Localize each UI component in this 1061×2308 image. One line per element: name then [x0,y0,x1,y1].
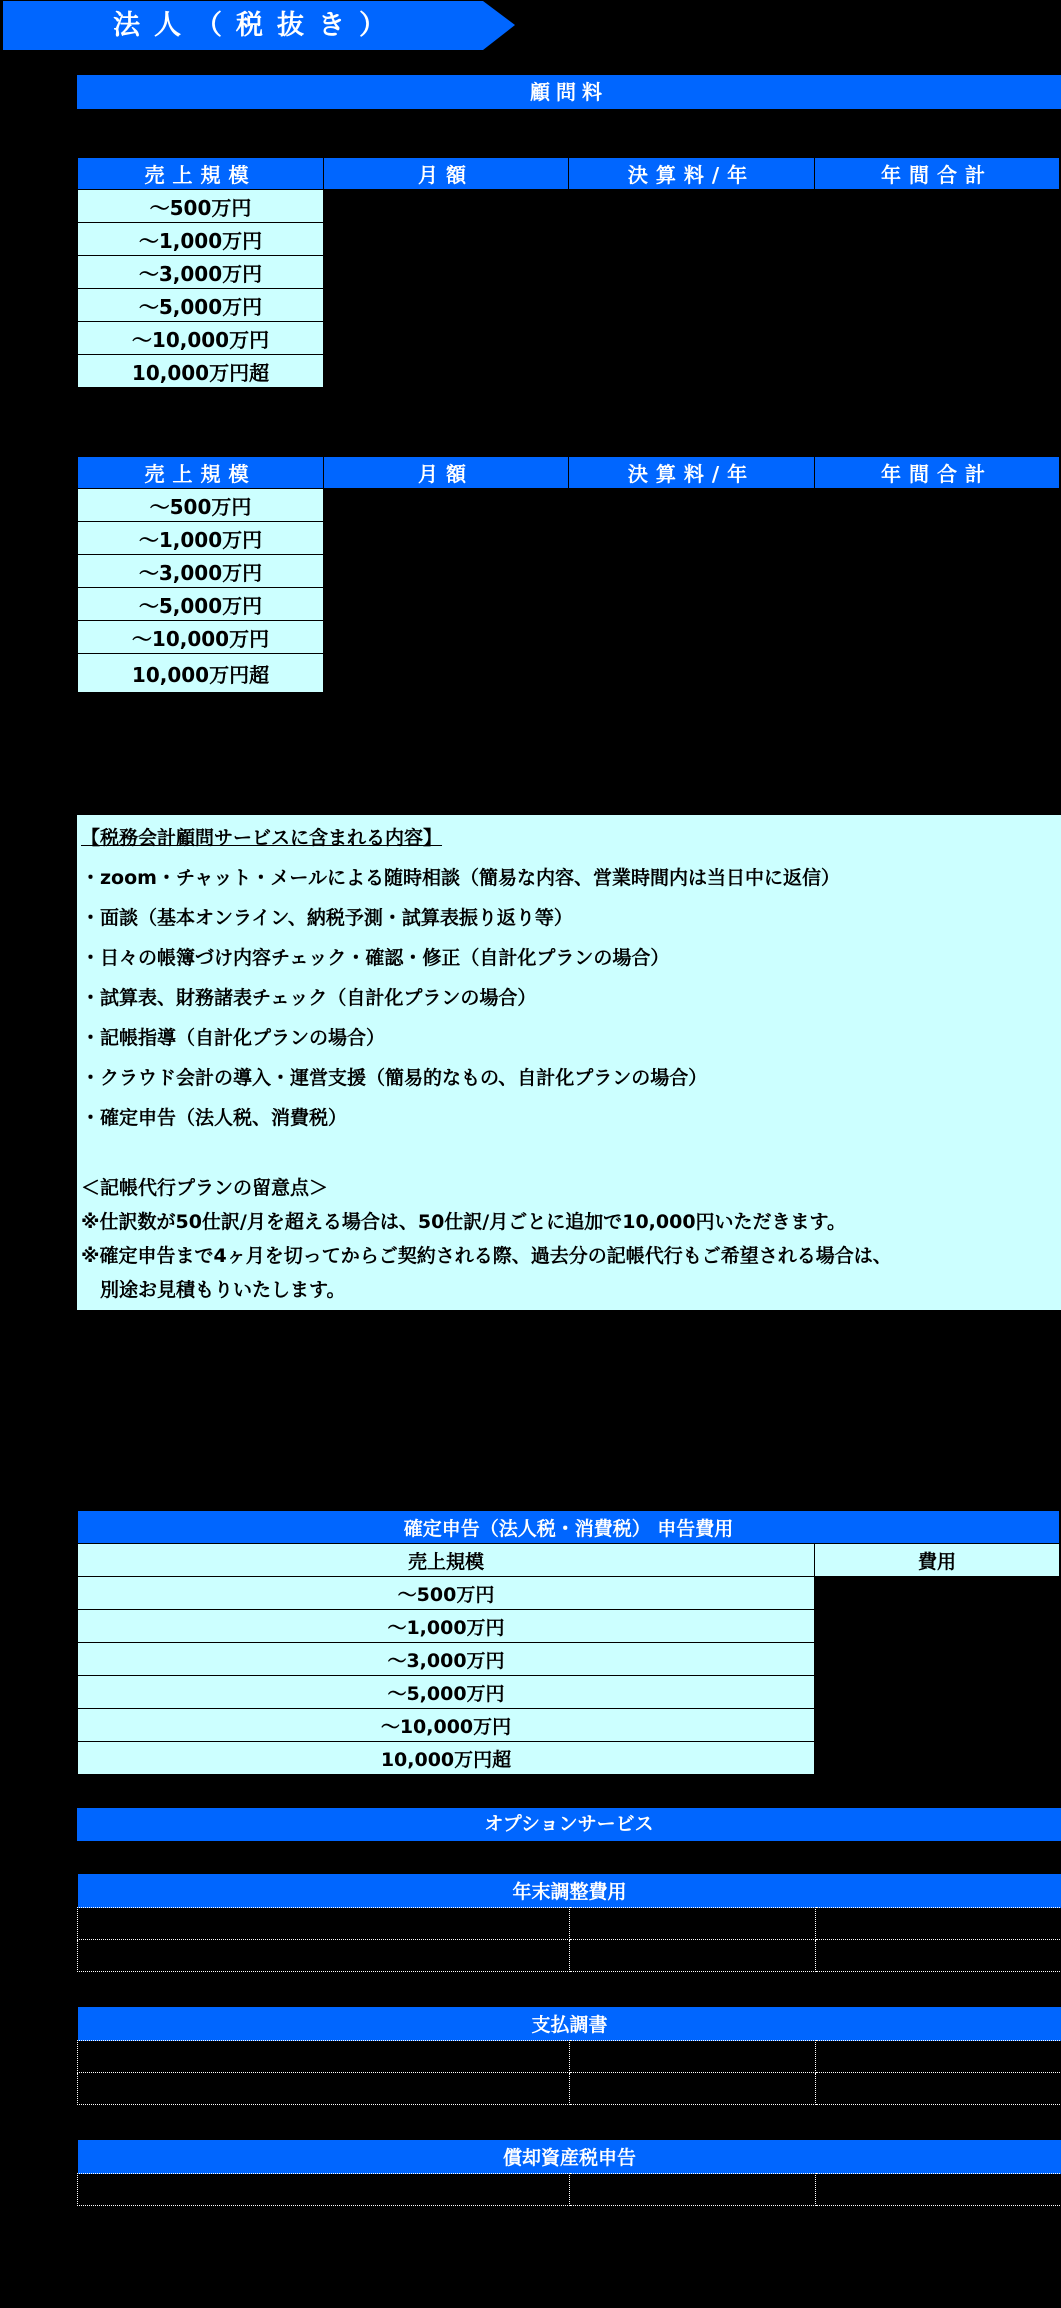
option-cell [816,2041,1061,2073]
table-row: ～500万円 [78,190,1060,223]
col-header-monthly: 月額 [324,457,569,489]
table-row: 10,000万円超 [78,355,1060,388]
table-row: ～1,000万円 [78,1610,1060,1643]
monthly-cell [324,555,569,588]
annual-cell [815,223,1060,256]
option-cell [78,1908,570,1940]
scale-cell: 10,000万円超 [78,355,324,388]
option-cell [78,2073,570,2105]
option-cell [816,1940,1061,1972]
option-table-title: 償却資産税申告 [78,2140,1061,2174]
option-cell [816,1908,1061,1940]
col-header-annual: 年間合計 [815,457,1060,489]
table-row [78,2041,1061,2073]
page-banner: 法人（税抜き） [3,1,515,50]
annual-cell [815,588,1060,621]
annual-cell [815,190,1060,223]
option-table-payment-statement: 支払調書 [77,2007,1061,2105]
table-header-row: 売上規模 費用 [78,1544,1060,1577]
col-header-fee: 費用 [815,1544,1060,1577]
settlement-cell [569,223,815,256]
table-row: 10,000万円超 [78,654,1060,693]
table-row [78,1940,1061,1972]
col-header-scale: 売上規模 [78,457,324,489]
table-header-row: 売上規模 月額 決算料/年 年間合計 [78,158,1060,190]
table-row: ～10,000万円 [78,621,1060,654]
annual-cell [815,256,1060,289]
col-header-scale: 売上規模 [78,1544,815,1577]
option-cell [570,1908,816,1940]
col-header-monthly: 月額 [324,158,569,190]
settlement-cell [569,621,815,654]
service-item: ・クラウド会計の導入・運営支援（簡易的なもの、自計化プランの場合） [81,1063,707,1090]
col-header-scale: 売上規模 [78,158,324,190]
scale-cell: ～5,000万円 [78,289,324,322]
service-item: ・試算表、財務諸表チェック（自計化プランの場合） [81,983,536,1010]
fee-cell [815,1577,1060,1610]
table-header-row: 売上規模 月額 決算料/年 年間合計 [78,457,1060,489]
col-header-settlement: 決算料/年 [569,158,815,190]
option-cell [570,2174,816,2206]
table-row: ～3,000万円 [78,1643,1060,1676]
scale-cell: 10,000万円超 [78,654,324,693]
monthly-cell [324,355,569,388]
table-row: ～1,000万円 [78,223,1060,256]
scale-cell: ～3,000万円 [78,256,324,289]
table-row [78,2174,1061,2206]
option-cell [78,1940,570,1972]
table-row: ～1,000万円 [78,522,1060,555]
settlement-cell [569,355,815,388]
settlement-cell [569,190,815,223]
options-section-title: オプションサービス [77,1808,1061,1841]
annual-cell [815,621,1060,654]
service-item: ・日々の帳簿づけ内容チェック・確認・修正（自計化プランの場合） [81,943,669,970]
advisory-fee-table-2: 売上規模 月額 決算料/年 年間合計 ～500万円 ～1,000万円 ～3,00… [77,456,1060,693]
scale-cell: ～10,000万円 [78,1709,815,1742]
settlement-cell [569,522,815,555]
scale-cell: ～10,000万円 [78,322,324,355]
annual-cell [815,555,1060,588]
option-cell [570,1940,816,1972]
monthly-cell [324,223,569,256]
option-cell [816,2174,1061,2206]
table-row: 10,000万円超 [78,1742,1060,1775]
annual-cell [815,489,1060,522]
monthly-cell [324,621,569,654]
scale-cell: ～3,000万円 [78,555,324,588]
scale-cell: ～1,000万円 [78,1610,815,1643]
annual-cell [815,355,1060,388]
scale-cell: ～5,000万円 [78,588,324,621]
monthly-cell [324,289,569,322]
scale-cell: ～3,000万円 [78,1643,815,1676]
service-item: ・確定申告（法人税、消費税） [81,1103,347,1130]
settlement-cell [569,289,815,322]
table-row: ～500万円 [78,489,1060,522]
settlement-cell [569,588,815,621]
table-row: ～5,000万円 [78,1676,1060,1709]
scale-cell: ～10,000万円 [78,621,324,654]
settlement-cell [569,654,815,693]
table-row: ～10,000万円 [78,1709,1060,1742]
option-cell [78,2041,570,2073]
annual-cell [815,522,1060,555]
banner-title: 法人（税抜き） [113,1,400,50]
monthly-cell [324,256,569,289]
option-cell [570,2041,816,2073]
service-item: ・zoom・チャット・メールによる随時相談（簡易な内容、営業時間内は当日中に返信… [81,863,840,890]
advisory-section-title: 顧問料 [77,75,1061,109]
monthly-cell [324,654,569,693]
option-table-title: 年末調整費用 [78,1874,1061,1908]
monthly-cell [324,489,569,522]
scale-cell: 10,000万円超 [78,1742,815,1775]
services-info-box: 【税務会計顧問サービスに含まれる内容】 ・zoom・チャット・メールによる随時相… [77,815,1061,1310]
settlement-cell [569,322,815,355]
note-item: 別途お見積もりいたします。 [81,1275,345,1302]
scale-cell: ～500万円 [78,489,324,522]
annual-cell [815,654,1060,693]
note-item: ※仕訳数が50仕訳/月を超える場合は、50仕訳/月ごとに追加で10,000円いた… [81,1207,846,1234]
fee-cell [815,1610,1060,1643]
table-row [78,2073,1061,2105]
scale-cell: ～500万円 [78,1577,815,1610]
table-row: ～500万円 [78,1577,1060,1610]
col-header-settlement: 決算料/年 [569,457,815,489]
fee-cell [815,1676,1060,1709]
notes-title: ＜記帳代行プランの留意点＞ [81,1173,328,1200]
monthly-cell [324,522,569,555]
scale-cell: ～1,000万円 [78,522,324,555]
advisory-fee-table-1: 売上規模 月額 決算料/年 年間合計 ～500万円 ～1,000万円 ～3,00… [77,157,1060,388]
table-row [78,1908,1061,1940]
monthly-cell [324,322,569,355]
settlement-cell [569,489,815,522]
services-title: 【税務会計顧問サービスに含まれる内容】 [81,823,442,850]
fee-cell [815,1742,1060,1775]
service-item: ・記帳指導（自計化プランの場合） [81,1023,385,1050]
scale-cell: ～5,000万円 [78,1676,815,1709]
table-row: ～3,000万円 [78,555,1060,588]
annual-cell [815,322,1060,355]
scale-cell: ～1,000万円 [78,223,324,256]
table-row: ～5,000万円 [78,588,1060,621]
fee-cell [815,1643,1060,1676]
service-item: ・面談（基本オンライン、納税予測・試算表振り返り等） [81,903,573,930]
monthly-cell [324,588,569,621]
fee-cell [815,1709,1060,1742]
annual-cell [815,289,1060,322]
scale-cell: ～500万円 [78,190,324,223]
option-cell [570,2073,816,2105]
table-row: ～3,000万円 [78,256,1060,289]
settlement-cell [569,555,815,588]
table-row: ～10,000万円 [78,322,1060,355]
monthly-cell [324,190,569,223]
option-cell [816,2073,1061,2105]
option-cell [78,2174,570,2206]
tax-filing-title: 確定申告（法人税・消費税） 申告費用 [78,1511,1060,1544]
option-table-title: 支払調書 [78,2007,1061,2041]
table-row: ～5,000万円 [78,289,1060,322]
tax-filing-table: 確定申告（法人税・消費税） 申告費用 売上規模 費用 ～500万円 ～1,000… [77,1510,1060,1775]
table-title-row: 確定申告（法人税・消費税） 申告費用 [78,1511,1060,1544]
option-table-year-end-adjustment: 年末調整費用 [77,1874,1061,1972]
note-item: ※確定申告まで4ヶ月を切ってからご契約される際、過去分の記帳代行もご希望される場… [81,1241,892,1268]
col-header-annual: 年間合計 [815,158,1060,190]
option-table-depreciable-asset-tax: 償却資産税申告 [77,2140,1061,2206]
settlement-cell [569,256,815,289]
